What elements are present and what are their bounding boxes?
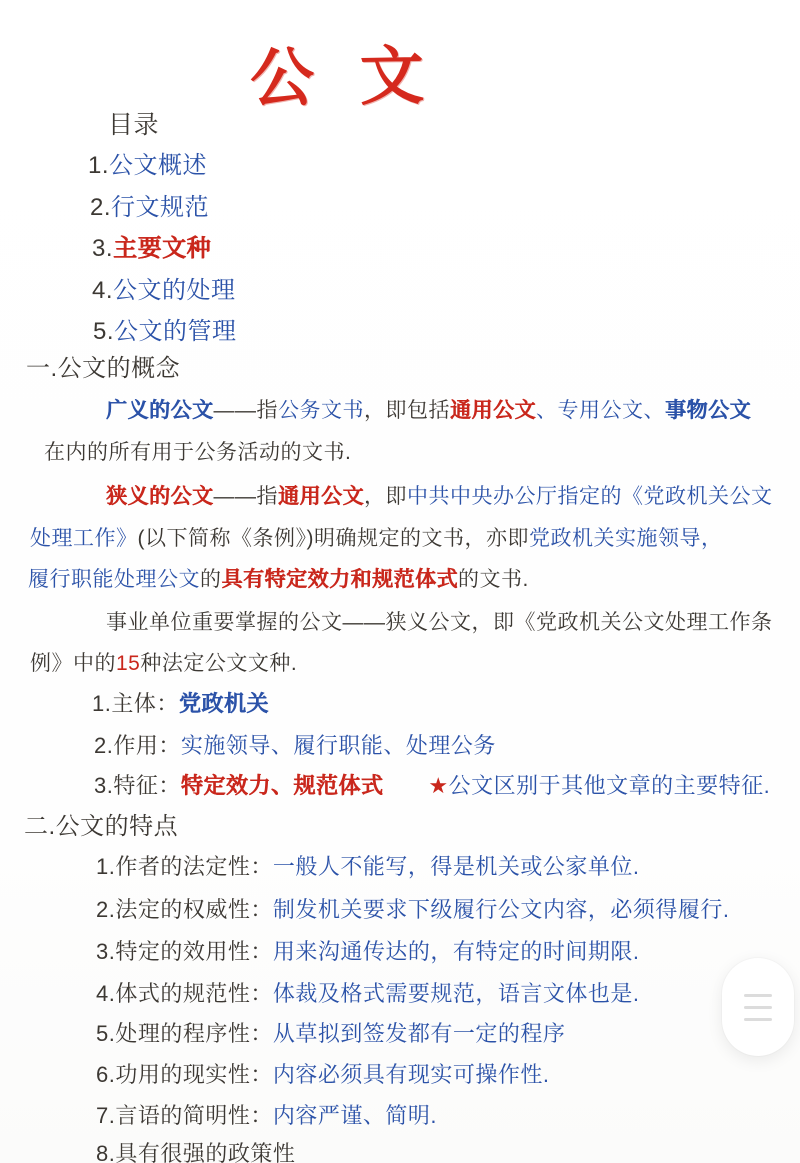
text-segment: 8.具有很强的政策性: [96, 1141, 295, 1163]
text-segment: 5.: [93, 318, 114, 345]
text-segment: 1.作者的法定性：: [96, 854, 273, 879]
feature-3: 3.特定的效用性：用来沟通传达的，有特定的时间期限.: [96, 938, 639, 966]
text-segment: 5.处理的程序性：: [96, 1021, 273, 1046]
text-segment: 1.: [88, 152, 109, 179]
text-segment: 的: [200, 568, 222, 591]
feature-6: 6.功用的现实性：内容必须具有现实可操作性.: [96, 1061, 549, 1089]
text-segment: 二.公文的特点: [24, 813, 178, 840]
text-segment: 内容严谨、简明.: [273, 1103, 437, 1128]
text-segment: 公文概述: [109, 152, 207, 179]
para-institution: 事业单位重要掌握的公文——狭义公文，即《党政机关公文处理工作条: [106, 610, 773, 636]
text-segment: 处理工作》: [30, 527, 138, 550]
text-segment: 公务文书: [278, 399, 364, 422]
text-segment: ，即包括: [364, 399, 450, 422]
text-segment: 种法定公文文种.: [140, 652, 297, 675]
text-segment: 事业单位重要掌握的公文——狭义公文，即《党政机关公文处理工作条: [106, 611, 773, 634]
item-function: 2.作用：实施领导、履行职能、处理公务: [94, 732, 496, 760]
text-segment: 广义的公文: [106, 399, 214, 422]
toc-title: 目录: [108, 110, 159, 141]
text-segment: 在内的所有用于公务活动的文书.: [44, 441, 351, 464]
feature-8: 8.具有很强的政策性: [96, 1140, 295, 1163]
text-segment: 一.公文的概念: [26, 355, 180, 382]
feature-7: 7.言语的简明性：内容严谨、简明.: [96, 1102, 437, 1130]
handwritten-note-page: 公 文 目录1.公文概述2.行文规范3.主要文种4.公文的处理5.公文的管理一.…: [0, 0, 800, 1163]
toc-item-1: 1.公文概述: [88, 151, 207, 181]
text-segment: 事物公文: [665, 399, 751, 422]
menu-bar: [744, 1006, 772, 1009]
text-segment: 2.: [90, 194, 111, 221]
text-segment: 通用公文: [450, 399, 536, 422]
text-segment: 具有特定效力和规范体式: [222, 568, 459, 591]
feature-1: 1.作者的法定性：一般人不能写，得是机关或公家单位.: [96, 853, 639, 881]
para-narrow-definition-3: 履行职能处理公文的具有特定效力和规范体式的文书.: [28, 567, 529, 593]
feature-2: 2.法定的权威性：制发机关要求下级履行公文内容，必须得履行.: [96, 896, 729, 924]
text-segment: 4.: [92, 277, 113, 304]
para-institution-2: 例》中的15种法定公文文种.: [30, 651, 297, 677]
note-text-layer: 目录1.公文概述2.行文规范3.主要文种4.公文的处理5.公文的管理一.公文的概…: [0, 0, 800, 1163]
text-segment: 公文的管理: [114, 318, 237, 345]
text-segment: 2.作用：: [94, 733, 181, 758]
text-segment: 党政机关实施领导，: [529, 527, 723, 550]
hamburger-menu-icon: [744, 994, 772, 1021]
toc-item-4: 4.公文的处理: [92, 276, 236, 306]
text-segment: 公文区别于其他文章的主要特征.: [449, 773, 771, 798]
text-segment: 3.: [92, 235, 113, 262]
text-segment: ——指: [214, 485, 279, 508]
menu-bar: [744, 1018, 772, 1021]
text-segment: 公文的处理: [113, 277, 236, 304]
text-segment: 3.特定的效用性：: [96, 939, 273, 964]
text-segment: 从草拟到签发都有一定的程序: [273, 1021, 566, 1046]
text-segment: 履行职能处理公文: [28, 568, 200, 591]
text-segment: 体裁及格式需要规范，语言文体也是.: [273, 981, 640, 1006]
text-segment: 1.主体：: [92, 691, 179, 716]
text-segment: 专用公文: [558, 399, 644, 422]
text-segment: ，即: [364, 485, 407, 508]
text-segment: ★: [428, 773, 448, 798]
text-segment: 内容必须具有现实可操作性.: [273, 1062, 550, 1087]
section-1-heading: 一.公文的概念: [26, 354, 180, 384]
text-segment: 行文规范: [111, 194, 209, 221]
toc-item-3: 3.主要文种: [92, 234, 211, 264]
para-narrow-definition: 狭义的公文——指通用公文，即中共中央办公厅指定的《党政机关公文: [106, 484, 773, 510]
text-segment: 中共中央办公厅指定的《党政机关公文: [407, 485, 773, 508]
text-segment: 例》中的: [30, 652, 116, 675]
menu-fab-button[interactable]: [722, 958, 794, 1056]
text-segment: 7.言语的简明性：: [96, 1103, 273, 1128]
para-narrow-definition-2: 处理工作》(以下简称《条例》)明确规定的文书，亦即党政机关实施领导，: [30, 526, 723, 552]
feature-4: 4.体式的规范性：体裁及格式需要规范，语言文体也是.: [96, 980, 639, 1008]
text-segment: 、: [644, 399, 666, 422]
para-broad-definition-2: 在内的所有用于公务活动的文书.: [44, 440, 351, 466]
text-segment: 特定效力、规范体式: [181, 773, 384, 798]
text-segment: ——指: [214, 399, 279, 422]
text-segment: [383, 773, 428, 798]
text-segment: 制发机关要求下级履行公文内容，必须得履行.: [273, 897, 730, 922]
text-segment: 3.特征：: [94, 773, 181, 798]
toc-item-2: 2.行文规范: [90, 193, 209, 223]
text-segment: (以下简称《条例》)明确规定的文书，亦即: [138, 527, 530, 550]
text-segment: 党政机关: [179, 691, 269, 716]
text-segment: 、: [536, 399, 558, 422]
feature-5: 5.处理的程序性：从草拟到签发都有一定的程序: [96, 1020, 565, 1048]
toc-item-5: 5.公文的管理: [93, 317, 237, 347]
text-segment: 2.法定的权威性：: [96, 897, 273, 922]
para-broad-definition: 广义的公文——指公务文书，即包括通用公文、专用公文、事物公文: [106, 398, 751, 424]
text-segment: 4.体式的规范性：: [96, 981, 273, 1006]
text-segment: 用来沟通传达的，有特定的时间期限.: [273, 939, 640, 964]
item-feature: 3.特征：特定效力、规范体式 ★公文区别于其他文章的主要特征.: [94, 772, 770, 800]
text-segment: 15: [116, 652, 140, 675]
section-2-heading: 二.公文的特点: [24, 812, 178, 842]
text-segment: 主要文种: [113, 235, 211, 262]
text-segment: 的文书.: [458, 568, 529, 591]
text-segment: 一般人不能写，得是机关或公家单位.: [273, 854, 640, 879]
text-segment: 6.功用的现实性：: [96, 1062, 273, 1087]
menu-bar: [744, 994, 772, 997]
text-segment: 通用公文: [278, 485, 364, 508]
text-segment: 目录: [108, 111, 159, 139]
text-segment: 实施领导、履行职能、处理公务: [181, 733, 496, 758]
item-subject: 1.主体：党政机关: [92, 690, 269, 718]
text-segment: 狭义的公文: [106, 485, 214, 508]
